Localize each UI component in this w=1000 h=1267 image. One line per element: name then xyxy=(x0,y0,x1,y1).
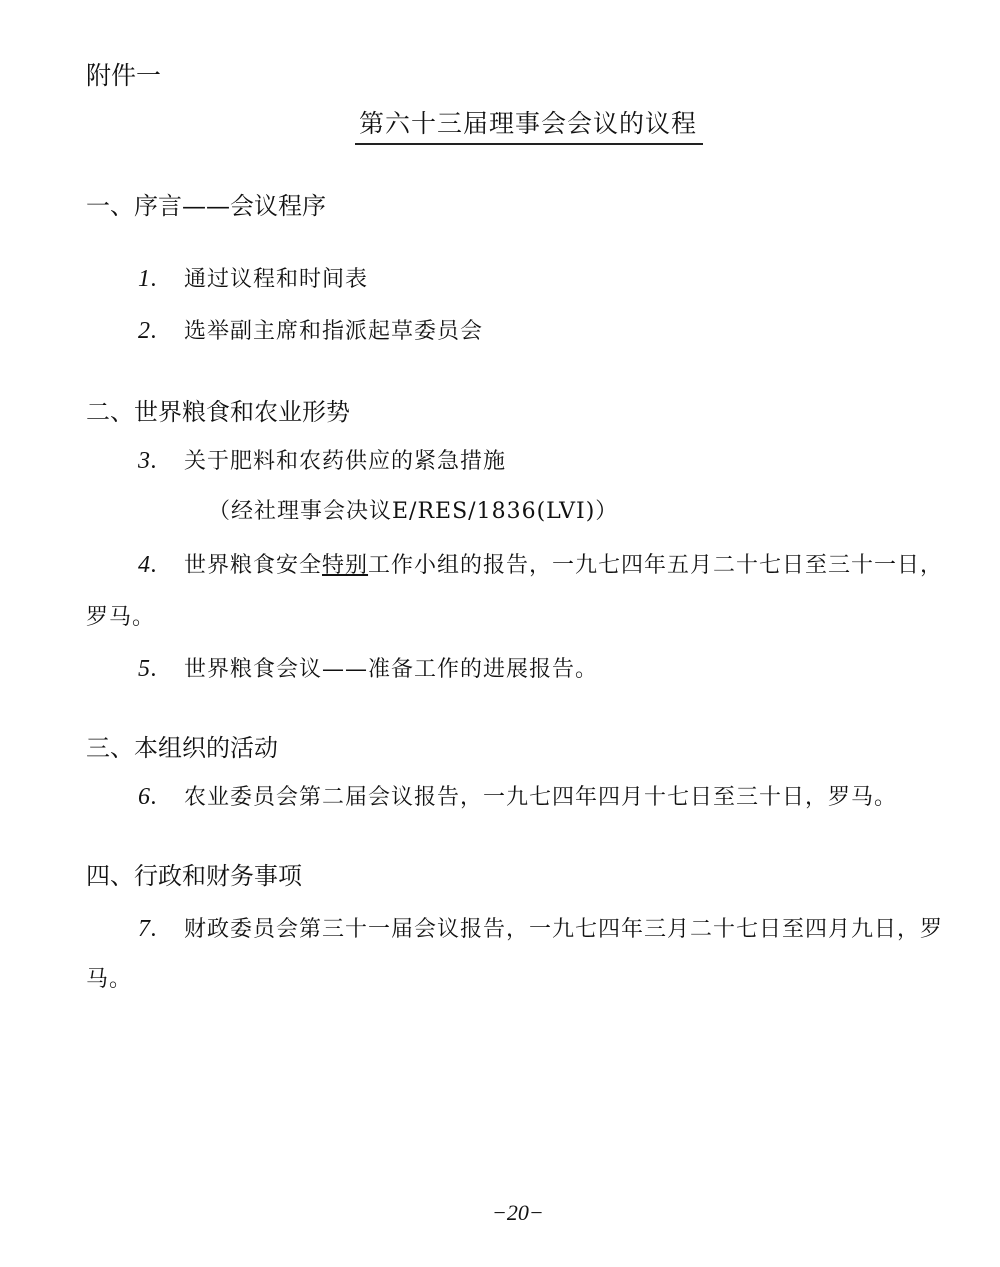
agenda-item-5: 5.世界粮食会议——准备工作的进展报告。 xyxy=(138,652,598,683)
item-number: 2. xyxy=(138,318,184,345)
item-number: 1. xyxy=(138,266,184,293)
annex-label: 附件一 xyxy=(86,56,161,92)
agenda-item-7: 7.财政委员会第三十一届会议报告，一九七四年三月二十七日至四月九日，罗 xyxy=(138,912,943,943)
item-continuation: 马。 xyxy=(86,962,132,993)
item-text: 世界粮食会议——准备工作的进展报告。 xyxy=(184,657,598,682)
item-number: 6. xyxy=(138,784,184,811)
item-text-underlined: 特别 xyxy=(322,553,368,578)
item-number: 5. xyxy=(138,656,184,683)
agenda-item-1: 1.通过议程和时间表 xyxy=(138,262,368,293)
item-number: 4. xyxy=(138,552,184,579)
item-text: 选举副主席和指派起草委员会 xyxy=(184,319,483,344)
section-heading-2: 二、世界粮食和农业形势 xyxy=(86,392,350,427)
item-continuation: 罗马。 xyxy=(86,600,155,631)
item-text: 通过议程和时间表 xyxy=(184,267,368,292)
section-heading-1: 一、序言——会议程序 xyxy=(86,186,326,221)
resolution-note: （经社理事会决议E/RES/1836(LVI)） xyxy=(208,494,618,525)
agenda-item-4: 4.世界粮食安全特别工作小组的报告，一九七四年五月二十七日至三十一日， xyxy=(138,548,943,579)
item-text: 财政委员会第三十一届会议报告，一九七四年三月二十七日至四月九日，罗 xyxy=(184,917,943,942)
item-text: 工作小组的报告，一九七四年五月二十七日至三十一日， xyxy=(368,553,943,578)
section-heading-3: 三、本组织的活动 xyxy=(86,728,278,763)
section-heading-4: 四、行政和财务事项 xyxy=(86,856,302,891)
item-number: 7. xyxy=(138,916,184,943)
agenda-item-6: 6.农业委员会第二届会议报告，一九七四年四月十七日至三十日，罗马。 xyxy=(138,780,897,811)
agenda-item-3: 3.关于肥料和农药供应的紧急措施 xyxy=(138,444,506,475)
page-number: −20− xyxy=(492,1200,544,1226)
item-text: 农业委员会第二届会议报告，一九七四年四月十七日至三十日，罗马。 xyxy=(184,785,897,810)
document-title: 第六十三届理事会会议的议程 xyxy=(355,104,703,145)
item-number: 3. xyxy=(138,448,184,475)
item-text: 世界粮食安全 xyxy=(184,553,322,578)
item-text: 关于肥料和农药供应的紧急措施 xyxy=(184,449,506,474)
agenda-item-2: 2.选举副主席和指派起草委员会 xyxy=(138,314,483,345)
